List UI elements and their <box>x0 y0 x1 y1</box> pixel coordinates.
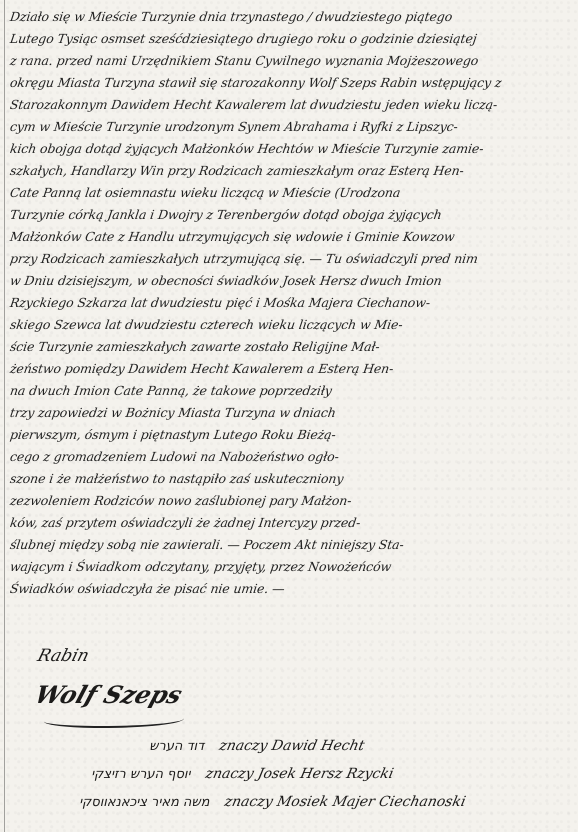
record-line: w Dniu dzisiejszym, w obecności świadków… <box>8 270 573 292</box>
record-line: Rzyckiego Szkarza lat dwudziestu pięć i … <box>8 292 573 314</box>
hebrew-signature: משה מאיר ציכאנאווסקי <box>78 795 211 810</box>
hebrew-signature: דוד הערש <box>148 739 206 754</box>
record-line: szone i że małżeństwo to nastąpiło zaś u… <box>8 468 573 490</box>
record-line: Małżonków Cate z Handlu utrzymujących si… <box>8 226 573 248</box>
record-line: trzy zapowiedzi w Bożnicy Miasta Turzyna… <box>8 402 573 424</box>
record-line: okręgu Miasta Turzyna stawił się staroza… <box>8 72 573 94</box>
record-line: na dwuch Imion Cate Panną, że takowe pop… <box>8 380 573 402</box>
signature-row-groom: דוד הערש znaczy Dawid Hecht <box>148 738 366 754</box>
latin-signature: znaczy Josek Hersz Rzycki <box>204 766 395 782</box>
record-line: Turzynie córką Jankla i Dwojry z Terenbe… <box>8 204 573 226</box>
record-line: Cate Panną lat osiemnastu wieku liczącą … <box>8 182 573 204</box>
document-page: Działo się w Mieście Turzynie dnia trzyn… <box>0 0 578 832</box>
record-line: Świadków oświadczyła że pisać nie umie. … <box>8 578 573 600</box>
record-line: szkałych, Handlarzy Win przy Rodzicach z… <box>8 160 573 182</box>
record-line: wającym i Świadkom odczytany, przyjęty, … <box>8 556 573 578</box>
record-line: zezwoleniem Rodziców nowo zaślubionej pa… <box>8 490 573 512</box>
record-line: cego z gromadzeniem Ludowi na Nabożeństw… <box>8 446 573 468</box>
record-line: Starozakonnym Dawidem Hecht Kawalerem la… <box>8 94 573 116</box>
latin-signature: znaczy Mosiek Majer Ciechanoski <box>223 794 467 810</box>
record-line: kich obojga dotąd żyjących Małżonków Hec… <box>8 138 573 160</box>
record-line: żeństwo pomiędzy Dawidem Hecht Kawalerem… <box>8 358 573 380</box>
record-line: ślubnej między sobą nie zawierali. — Poc… <box>8 534 573 556</box>
hebrew-signature: יוסף הערש רזיצקי <box>90 767 192 782</box>
record-line: ście Turzynie zamieszkałych zawarte zost… <box>8 336 573 358</box>
record-body: Działo się w Mieście Turzynie dnia trzyn… <box>10 6 572 600</box>
signature-flourish <box>44 712 184 728</box>
record-line: skiego Szewca lat dwudziestu czterech wi… <box>8 314 573 336</box>
signature-row-witness-2: משה מאיר ציכאנאווסקי znaczy Mosiek Majer… <box>78 794 467 810</box>
record-line: cym w Mieście Turzynie urodzonym Synem A… <box>8 116 573 138</box>
rabbi-signature: Wolf Szeps <box>31 680 186 709</box>
signature-row-witness-1: יוסף הערש רזיצקי znaczy Josek Hersz Rzyc… <box>90 766 395 782</box>
record-line: ków, zaś przytem oświadczyli że żadnej I… <box>8 512 573 534</box>
record-line: Lutego Tysiąc osmset sześćdziesiątego dr… <box>8 28 573 50</box>
left-margin-rule <box>4 0 5 832</box>
record-line: pierwszym, ósmym i piętnastym Lutego Rok… <box>8 424 573 446</box>
record-line: z rana. przed nami Urzędnikiem Stanu Cyw… <box>8 50 573 72</box>
record-line: przy Rodzicach zamieszkałych utrzymującą… <box>8 248 573 270</box>
record-line: Działo się w Mieście Turzynie dnia trzyn… <box>8 6 573 28</box>
latin-signature: znaczy Dawid Hecht <box>218 738 366 754</box>
rabbi-title: Rabin <box>35 646 91 666</box>
